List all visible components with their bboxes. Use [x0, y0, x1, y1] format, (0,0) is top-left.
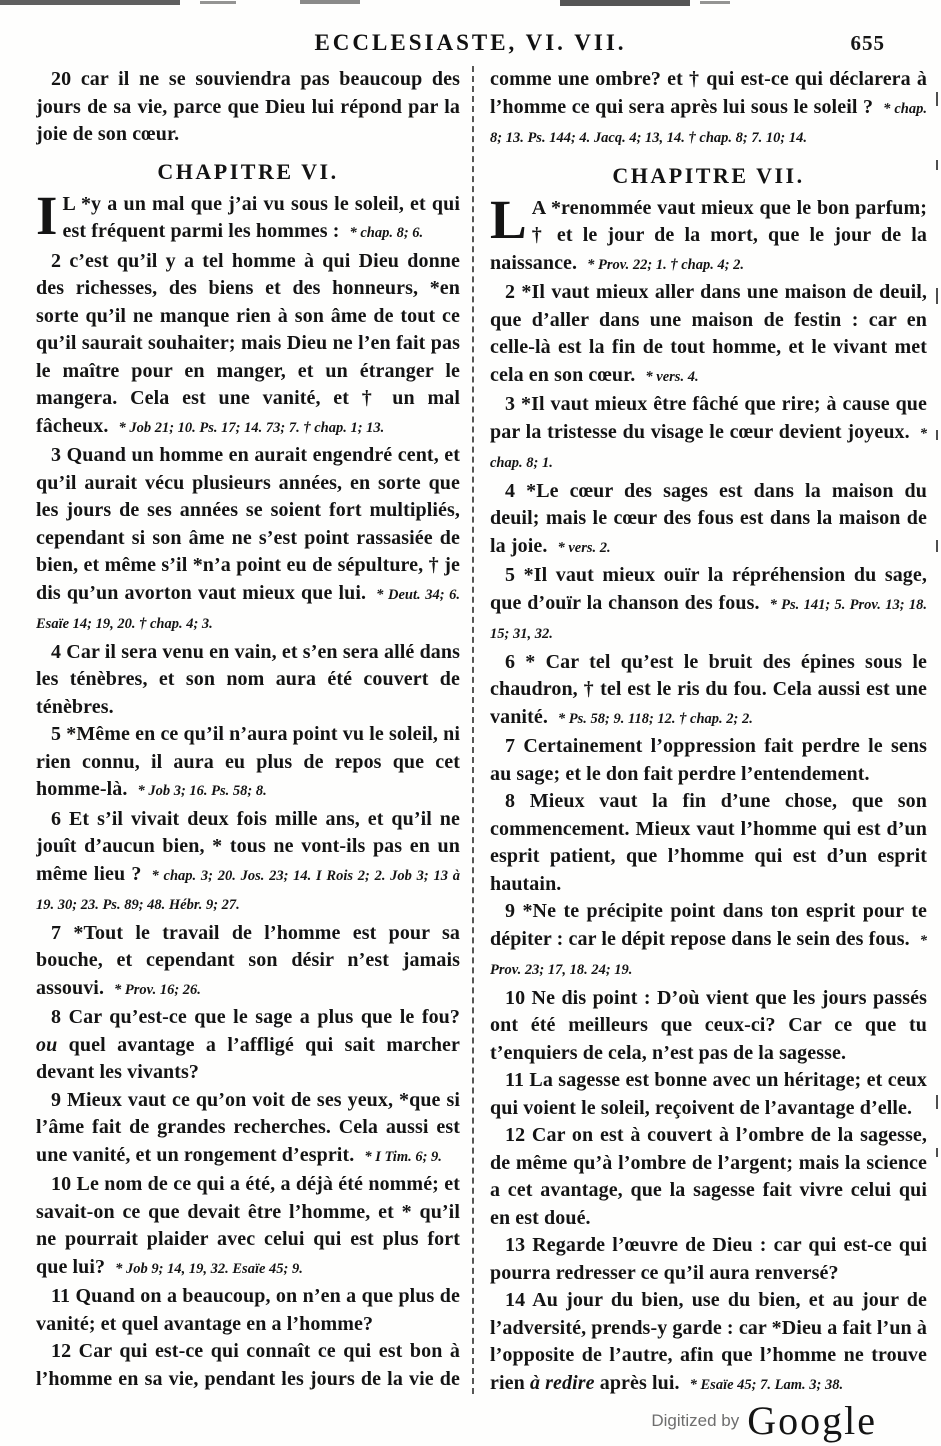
verse-paragraph: LA *renommée vaut mieux que le bon parfu…	[490, 195, 927, 280]
verse-paragraph: 11 La sagesse est bonne avec un héritage…	[490, 1067, 927, 1122]
text-columns: 20 car il ne se souviendra pas beaucoup …	[0, 66, 941, 1394]
page-edge-mark	[936, 1148, 938, 1157]
verse-paragraph: 20 car il ne se souviendra pas beaucoup …	[36, 66, 460, 149]
verse-paragraph: 4 Car il sera venu en vain, et s’en sera…	[36, 639, 460, 722]
verse-paragraph: 3 *Il vaut mieux être fâché que rire; à …	[490, 391, 927, 478]
verse-paragraph: 7 Certainement l’oppression fait perdre …	[490, 733, 927, 788]
google-logo: Google	[747, 1398, 877, 1443]
verse-paragraph: 6 Et s’il vivait deux fois mille ans, et…	[36, 806, 460, 920]
verse-paragraph: 2 *Il vaut mieux aller dans une maison d…	[490, 279, 927, 391]
digitized-by-label: Digitized by	[651, 1411, 739, 1430]
verse-paragraph: 12 Car on est à couvert à l’ombre de la …	[490, 1122, 927, 1232]
running-head: ECCLESIASTE, VI. VII. 655	[0, 30, 941, 64]
cross-references: * Esaïe 45; 7. Lam. 3; 38.	[690, 1377, 843, 1393]
cross-references: * Prov. 16; 26.	[114, 982, 201, 998]
verse-paragraph: 7 *Tout le travail de l’homme est pour s…	[36, 920, 460, 1005]
cross-references: * vers. 4.	[645, 369, 698, 385]
page-edge-mark	[936, 288, 938, 304]
drop-cap: L	[490, 195, 532, 243]
cross-references: * Prov. 23; 17, 18. 24; 19.	[490, 933, 927, 979]
verse-paragraph: 14 Au jour du bien, use du bien, et au j…	[490, 1287, 927, 1394]
page-edge-mark	[936, 92, 938, 106]
column-divider	[472, 66, 474, 1394]
cross-references: * chap. 8; 1.	[490, 426, 927, 472]
verse-paragraph: 6 * Car tel qu’est le bruit des épines s…	[490, 649, 927, 734]
verse-paragraph: 5 *Il vaut mieux ouïr la répréhension du…	[490, 562, 927, 649]
verse-paragraph: 3 Quand un homme en aurait engendré cent…	[36, 442, 460, 639]
verse-paragraph: 8 Mieux vaut la fin d’une chose, que son…	[490, 788, 927, 898]
verse-paragraph: 8 Car qu’est-ce que le sage a plus que l…	[36, 1004, 460, 1087]
cross-references: * I Tim. 6; 9.	[364, 1149, 442, 1165]
cross-references: * Job 21; 10. Ps. 17; 14. 73; 7. † chap.…	[118, 420, 384, 436]
page-title: ECCLESIASTE, VI. VII.	[0, 30, 941, 56]
scan-artifact	[560, 0, 690, 6]
cross-references: * Ps. 141; 5. Prov. 13; 18. 15; 31, 32.	[490, 597, 927, 643]
scan-artifact	[200, 1, 236, 4]
scan-artifact	[300, 0, 360, 4]
drop-cap: I	[36, 191, 63, 239]
watermark: Digitized byGoogle	[651, 1397, 877, 1444]
cross-references: * Ps. 58; 9. 118; 12. † chap. 2; 2.	[558, 711, 753, 727]
cross-references: * Deut. 34; 6. Esaïe 14; 19, 20. † chap.…	[36, 587, 460, 633]
cross-references: * chap. 8; 13. Ps. 144; 4. Jacq. 4; 13, …	[490, 101, 927, 147]
verse-paragraph: 9 *Ne te précipite point dans ton esprit…	[490, 898, 927, 985]
scan-artifact	[700, 1, 730, 4]
cross-references: * Job 9; 14, 19, 32. Esaïe 45; 9.	[115, 1261, 303, 1277]
verse-paragraph: 10 Le nom de ce qui a été, a déjà été no…	[36, 1171, 460, 1283]
scan-artifact	[0, 0, 180, 5]
verse-paragraph: 4 *Le cœur des sages est dans la maison …	[490, 478, 927, 563]
cross-references: * vers. 2.	[557, 540, 610, 556]
page-number: 655	[851, 31, 886, 56]
verse-paragraph: 9 Mieux vaut ce qu’on voit de ses yeux, …	[36, 1087, 460, 1172]
cross-references: * chap. 8; 6.	[349, 225, 423, 241]
chapter-heading: CHAPITRE VII.	[490, 163, 927, 189]
chapter-heading: CHAPITRE VI.	[36, 159, 460, 185]
right-column: comme une ombre? et † qui est-ce qui déc…	[474, 66, 927, 1394]
verse-paragraph: 13 Regarde l’œuvre de Dieu : car qui est…	[490, 1232, 927, 1287]
cross-references: * Prov. 22; 1. † chap. 4; 2.	[587, 257, 744, 273]
verse-paragraph: 5 *Même en ce qu’il n’aura point vu le s…	[36, 721, 460, 806]
page-edge-mark	[936, 430, 938, 440]
book-page: ECCLESIASTE, VI. VII. 655 20 car il ne s…	[0, 0, 941, 1446]
page-edge-mark	[936, 160, 938, 170]
verse-paragraph: 2 c’est qu’il y a tel homme à qui Dieu d…	[36, 248, 460, 443]
left-column: 20 car il ne se souviendra pas beaucoup …	[36, 66, 460, 1394]
verse-paragraph: IL *y a un mal que j’ai vu sous le solei…	[36, 191, 460, 248]
page-edge-mark	[936, 1095, 938, 1109]
verse-paragraph: 12 Car qui est-ce qui connaît ce qui est…	[36, 1338, 460, 1394]
verse-paragraph: 11 Quand on a beaucoup, on n’en a que pl…	[36, 1283, 460, 1338]
verse-paragraph: comme une ombre? et † qui est-ce qui déc…	[490, 66, 927, 153]
cross-references: * Job 3; 16. Ps. 58; 8.	[137, 783, 266, 799]
cross-references: * chap. 3; 20. Jos. 23; 14. I Rois 2; 2.…	[36, 868, 460, 914]
page-edge-mark	[936, 540, 938, 552]
verse-paragraph: 10 Ne dis point : D’où vient que les jou…	[490, 985, 927, 1068]
